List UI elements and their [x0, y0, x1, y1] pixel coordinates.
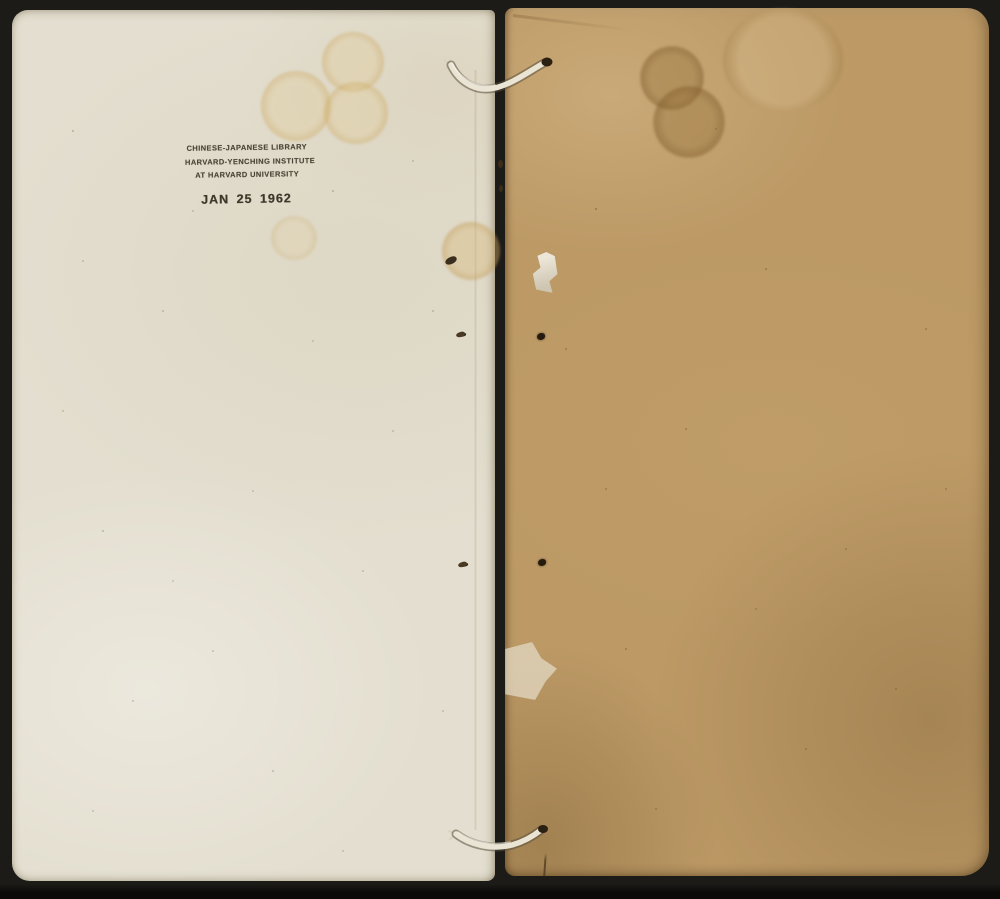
paper-fragment — [530, 251, 561, 294]
water-stain-faint — [271, 216, 317, 260]
date-stamp: JAN 25 1962 — [201, 191, 291, 207]
cover-crease — [513, 14, 632, 32]
paper-specks — [12, 10, 14, 12]
spine-debris — [498, 160, 503, 168]
binding-hole — [538, 559, 546, 566]
spine-debris — [499, 185, 503, 192]
left-endpaper-page: CHINESE-JAPANESE LIBRARY HARVARD-YENCHIN… — [12, 10, 495, 881]
binding-string-top — [440, 46, 560, 98]
binding-string-bottom — [446, 816, 550, 860]
water-stain — [261, 71, 331, 141]
library-stamp-line1: CHINESE-JAPANESE LIBRARY — [185, 140, 309, 155]
page-crease — [474, 70, 477, 830]
binding-hole — [538, 825, 548, 833]
repair-patch — [505, 642, 557, 700]
back-cover-page — [505, 8, 989, 876]
water-stain-spine — [442, 222, 500, 280]
water-stain — [653, 86, 725, 158]
scanned-book-spread: CHINESE-JAPANESE LIBRARY HARVARD-YENCHIN… — [0, 0, 1000, 899]
scan-edge-shadow — [0, 884, 1000, 899]
binding-hole — [456, 331, 466, 338]
library-stamp: CHINESE-JAPANESE LIBRARY HARVARD-YENCHIN… — [185, 140, 310, 182]
library-stamp-line3: AT HARVARD UNIVERSITY — [185, 167, 309, 182]
water-stain — [324, 82, 388, 144]
water-mark-light — [723, 8, 843, 112]
binding-hole — [458, 561, 468, 568]
binding-hole — [537, 333, 545, 340]
binding-hole — [542, 58, 553, 67]
paper-specks — [505, 8, 507, 10]
